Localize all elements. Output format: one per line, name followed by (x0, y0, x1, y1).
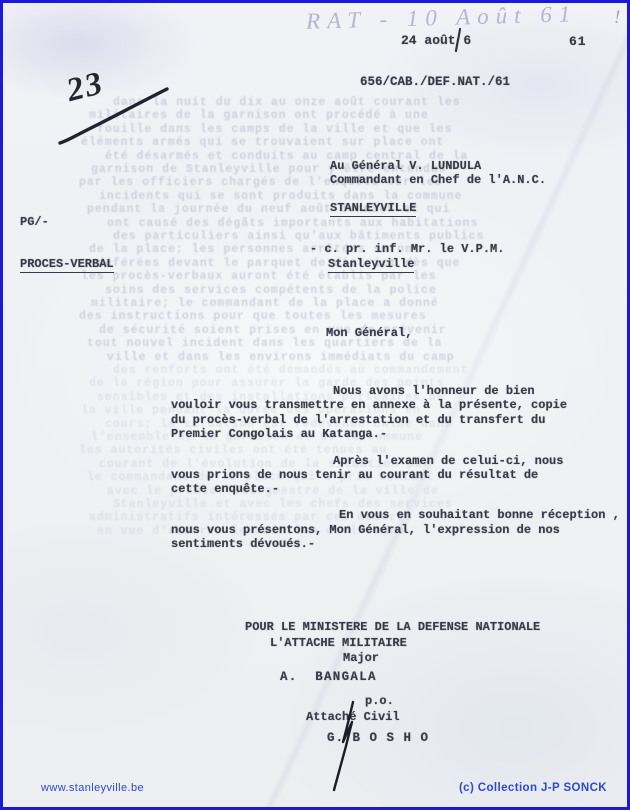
salutation: Mon Général, (326, 327, 412, 340)
page-number: 61 (569, 35, 587, 49)
signature-rank: Major (343, 652, 379, 665)
body-line: Premier Congolais au Katanga.- (171, 428, 387, 441)
handwritten-exclamation: ! (614, 7, 620, 29)
scanned-letter-page: dans la nuit du dix au onze août courant… (0, 0, 630, 810)
margin-subject: PROCES-VERBAL (20, 257, 114, 273)
recipient-city: STANLEYVILLE (330, 201, 416, 217)
bleedthrough-line: militaire; le commandant de la place a d… (91, 297, 439, 310)
bleedthrough-line: militaires de la garnison ont procédé à … (89, 109, 429, 122)
bleedthrough-line: soins des services compétents de la poli… (105, 284, 437, 297)
body-line: En vous en souhaitant bonne réception , (339, 509, 620, 522)
body-line: cette enquête.- (171, 483, 279, 496)
signature-name-bosho: G. B O S H O (327, 732, 429, 745)
watermark-site-url: www.stanleyville.be (41, 782, 144, 794)
signature-ministry-line: POUR LE MINISTERE DE LA DEFENSE NATIONAL… (245, 621, 540, 634)
bleedthrough-line: des renforts ont été demandés au command… (113, 364, 469, 377)
signature-title-civil: Attaché Civil (306, 711, 400, 724)
bleedthrough-line: ont causé des dégâts importants aux habi… (107, 217, 478, 230)
reference-number: 656/CAB./DEF.NAT./61 (360, 76, 510, 89)
cc-city: Stanleyville (328, 257, 414, 273)
bleedthrough-line: éléments armés qui se trouvaient sur pla… (81, 136, 444, 149)
body-line: nous vous présentons, Mon Général, l'exp… (171, 524, 560, 537)
recipient-line-1: Au Général V. LUNDULA (330, 160, 481, 173)
margin-initials: PG/- (20, 216, 49, 229)
body-line: sentiments dévoués.- (171, 538, 315, 551)
watermark-credit: (c) Collection J-P SONCK (459, 782, 607, 794)
body-line: vous prions de nous tenir au courant du … (171, 469, 538, 482)
typed-date: 24 août 6 (401, 34, 471, 48)
body-line: Après l'examen de celui-ci, nous (333, 455, 563, 468)
signature-attache-line: L'ATTACHE MILITAIRE (270, 637, 407, 650)
bleedthrough-line: fouille dans les camps de la ville et qu… (97, 123, 453, 136)
cc-line: - c. pr. inf. Mr. le V.P.M. (310, 243, 504, 256)
recipient-line-2: Commandant en Chef de l'A.N.C. (330, 174, 546, 187)
body-line: Nous avons l'honneur de bien (333, 385, 535, 398)
signature-name-bangala: A. BANGALA (280, 671, 377, 684)
signature-po: p.o. (365, 695, 394, 708)
bleedthrough-line: ville et dans les environs immédiats du … (107, 351, 455, 364)
bleedthrough-line: dans la nuit du dix au onze août courant… (113, 96, 461, 109)
body-line: vouloir vous transmettre en annexe à la … (171, 399, 567, 412)
bleedthrough-line: des instructions pour que toutes les mes… (79, 310, 427, 323)
body-line: du procès-verbal de l'arrestation et du … (171, 414, 545, 427)
